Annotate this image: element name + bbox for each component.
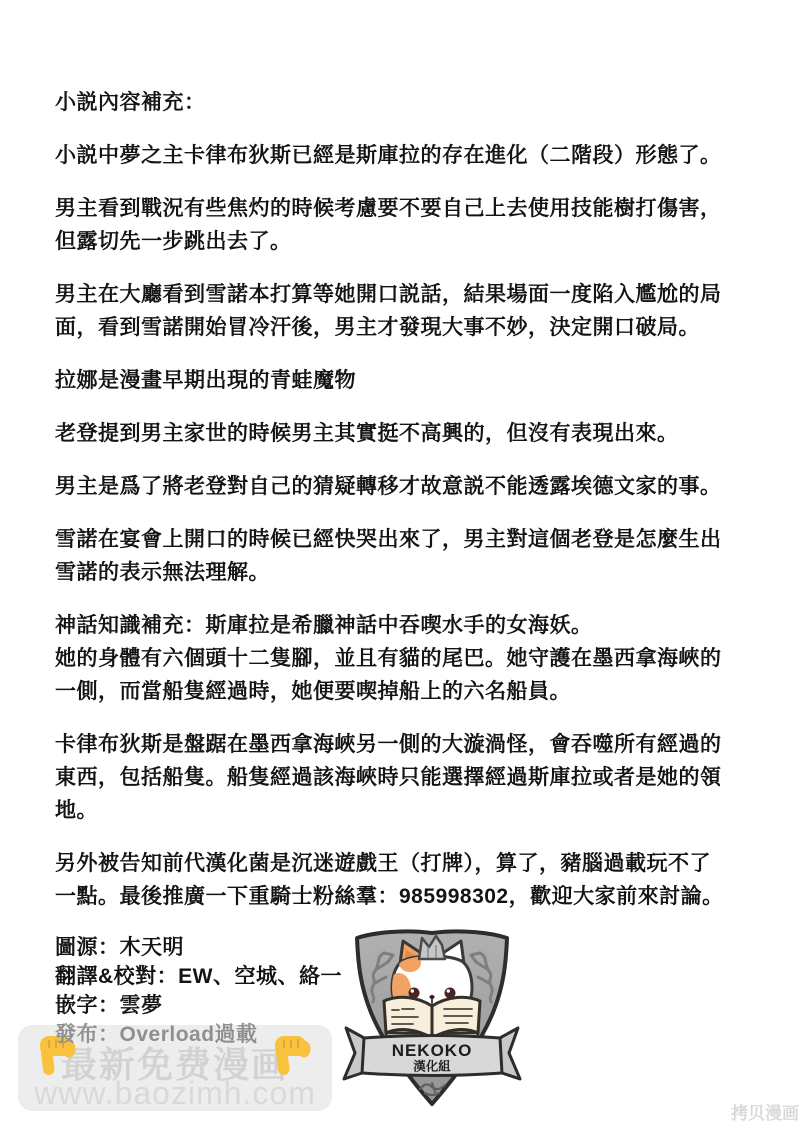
note-paragraph: 小説內容補充：: [55, 86, 769, 119]
note-paragraph: 小説中夢之主卡律布狄斯已經是斯庫拉的存在進化（二階段）形態了。: [55, 139, 769, 172]
note-paragraph: 男主看到戰況有些焦灼的時候考慮要不要自己上去使用技能樹打傷害， 但露切先一步跳出…: [55, 192, 769, 258]
corner-watermark: 拷贝漫画: [731, 1099, 799, 1124]
credit-source-line: 圖源：木天明: [55, 933, 769, 962]
note-paragraph: 男主是爲了將老登對自己的猜疑轉移才故意説不能透露埃德文家的事。: [55, 470, 769, 503]
credits-section: 圖源：木天明 翻譯&校對：EW、空城、絡一 嵌字：雲夢 發布：Overload過…: [55, 933, 769, 1049]
notes-section: 小説內容補充： 小説中夢之主卡律布狄斯已經是斯庫拉的存在進化（二階段）形態了。 …: [55, 86, 769, 1049]
credit-release-line: 發布：Overload過載: [55, 1020, 769, 1049]
note-paragraph: 老登提到男主家世的時候男主其實挺不高興的，但沒有表現出來。: [55, 417, 769, 450]
note-paragraph: 另外被告知前代漢化菌是沉迷遊戲王（打牌），算了，豬腦過載玩不了 一點。最後推廣一…: [55, 847, 769, 913]
note-paragraph: 雪諾在宴會上開口的時候已經快哭出來了，男主對這個老登是怎麼生出 雪諾的表示無法理…: [55, 523, 769, 589]
credit-typesetting-line: 嵌字：雲夢: [55, 991, 769, 1020]
note-paragraph: 卡律布狄斯是盤踞在墨西拿海峽另一側的大漩渦怪，會吞噬所有經過的 東西，包括船隻。…: [55, 728, 769, 827]
note-paragraph: 神話知識補充：斯庫拉是希臘神話中吞喫水手的女海妖。 她的身體有六個頭十二隻腳，並…: [55, 609, 769, 708]
logo-group-subtitle: 漢化組: [413, 1059, 451, 1074]
note-paragraph: 拉娜是漫畫早期出現的青蛙魔物: [55, 364, 769, 397]
credit-translation-line: 翻譯&校對：EW、空城、絡一: [55, 962, 769, 991]
note-paragraph: 男主在大廳看到雪諾本打算等她開口説話，結果場面一度陷入尷尬的局 面，看到雪諾開始…: [55, 278, 769, 344]
page-root: 小説內容補充： 小説中夢之主卡律布狄斯已經是斯庫拉的存在進化（二階段）形態了。 …: [0, 0, 800, 1136]
